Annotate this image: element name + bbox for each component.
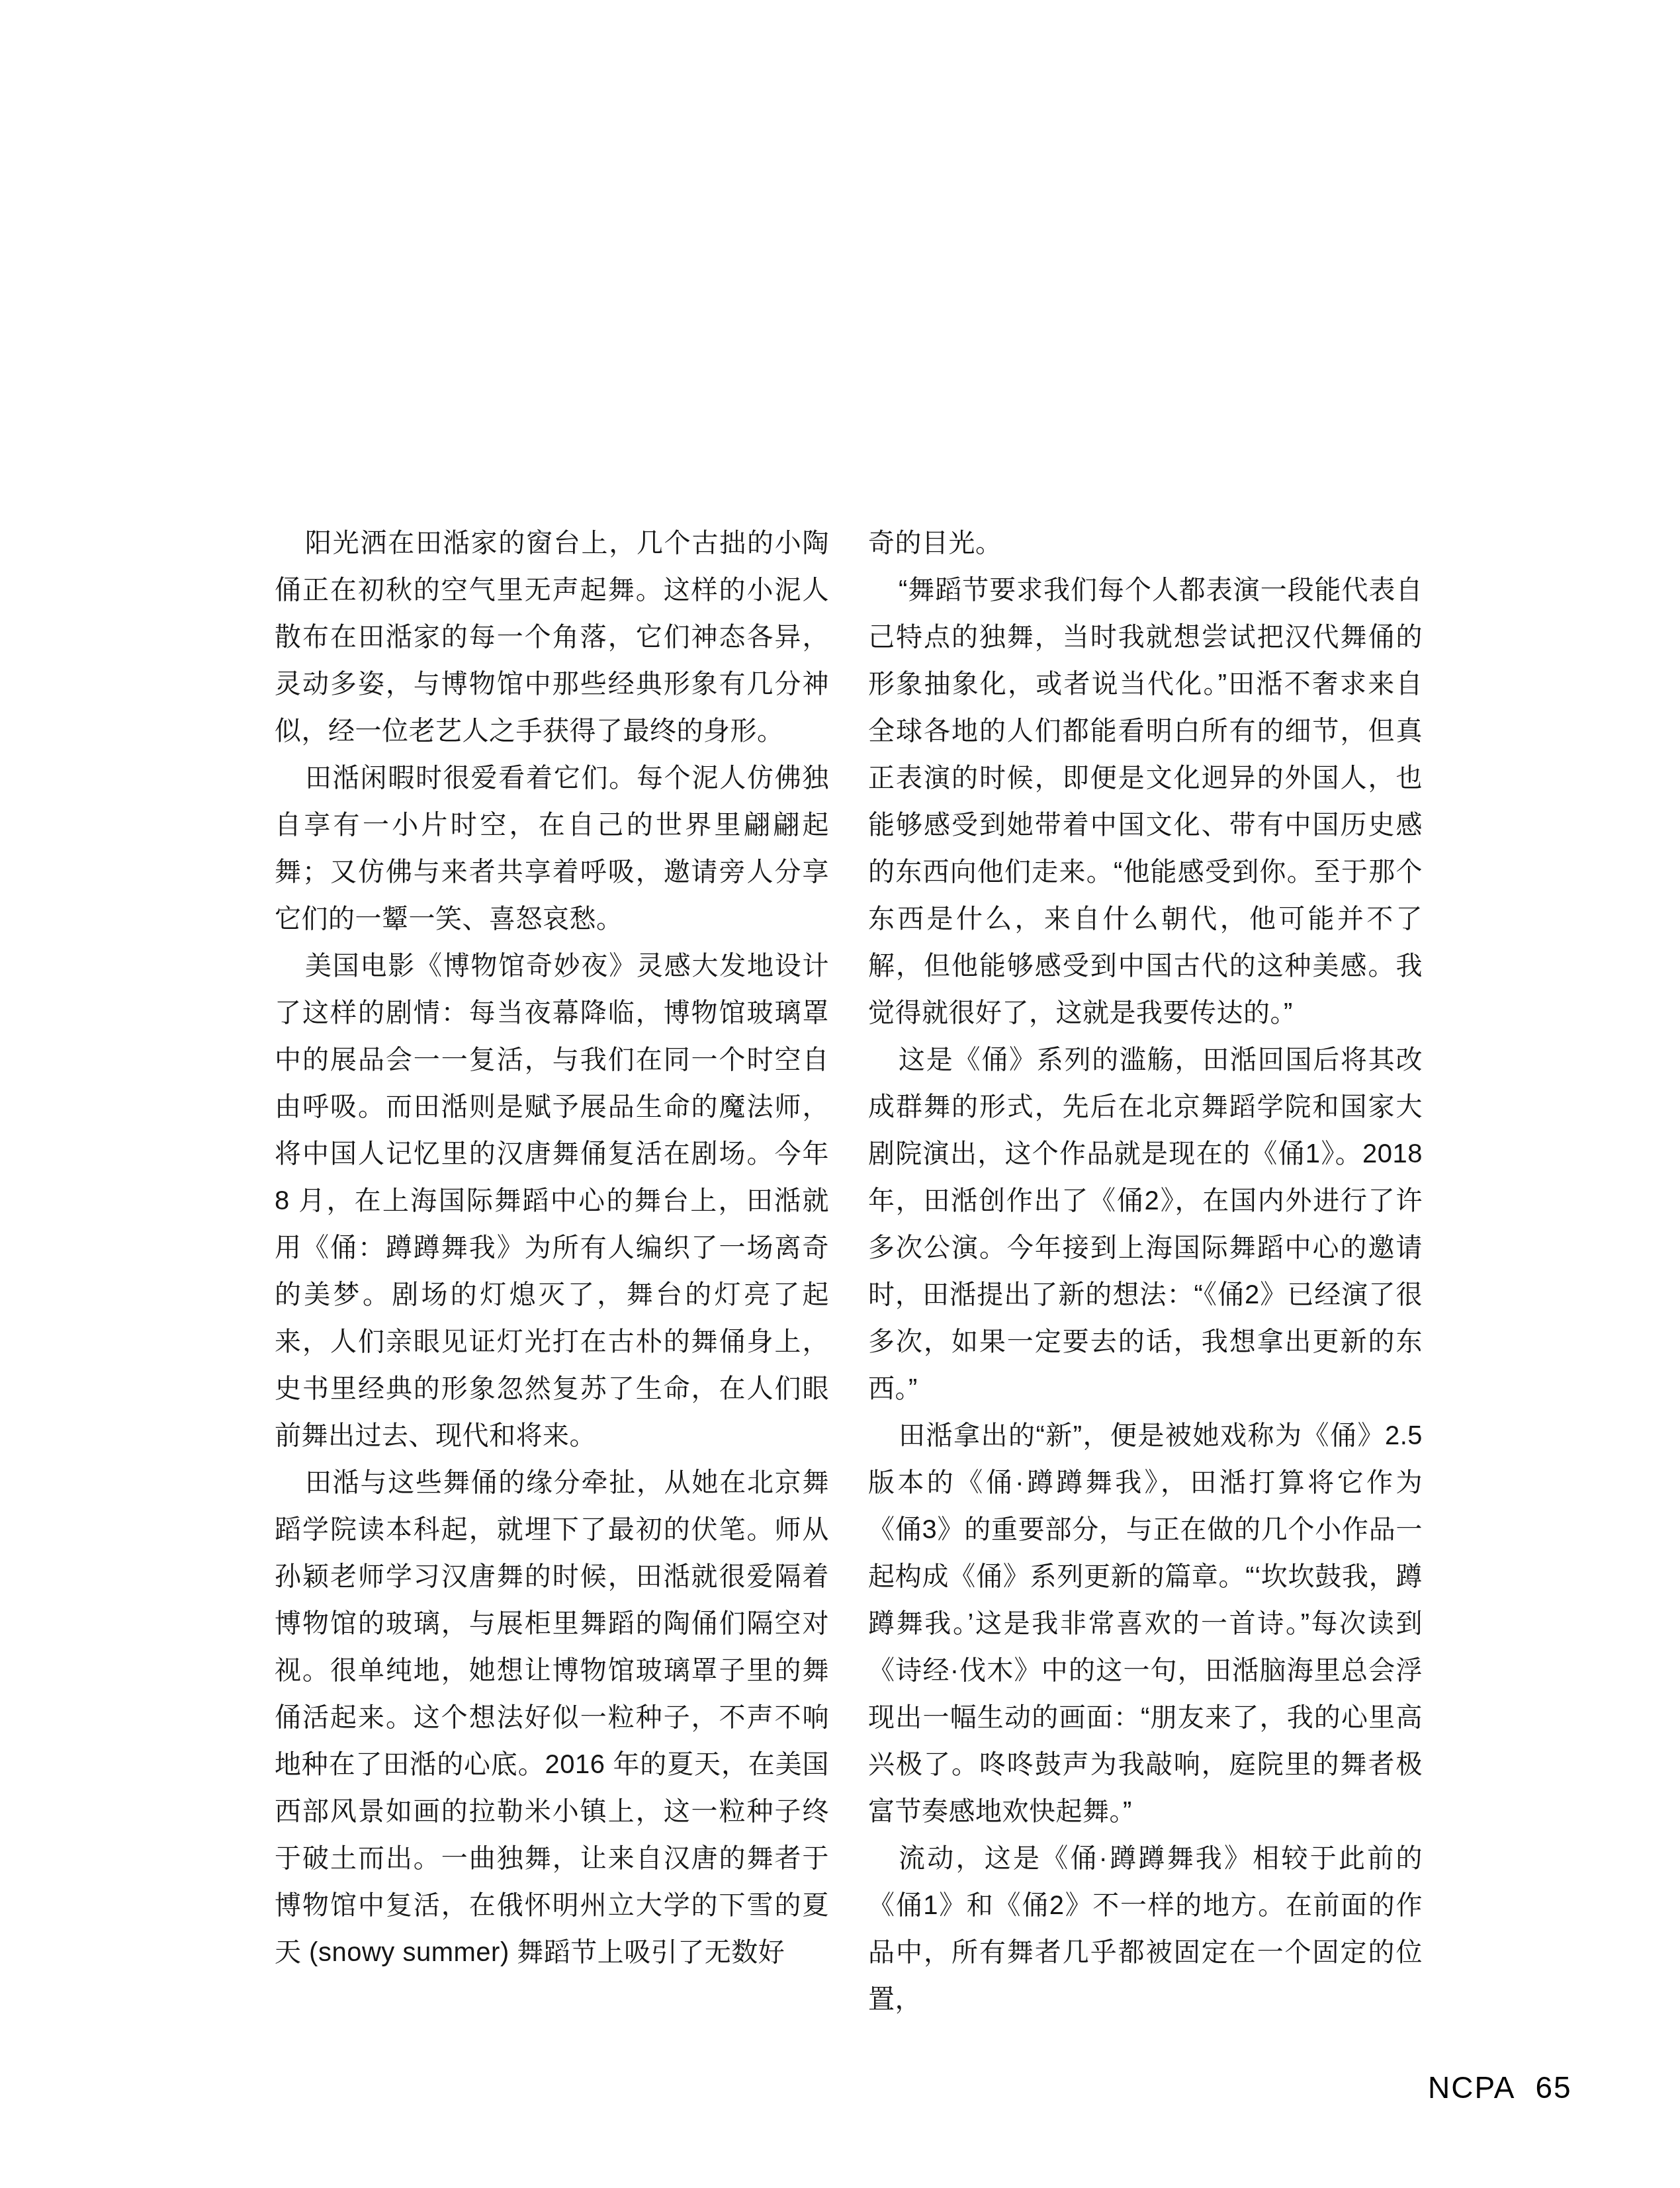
paragraph: 这是《俑》系列的滥觞，田湉回国后将其改成群舞的形式，先后在北京舞蹈学院和国家大剧… [868,1037,1423,1413]
paragraph: 阳光洒在田湉家的窗台上，几个古拙的小陶俑正在初秋的空气里无声起舞。这样的小泥人散… [275,520,829,755]
journal-name: NCPA [1428,2070,1515,2105]
paragraph: 流动，这是《俑·蹲蹲舞我》相较于此前的《俑1》和《俑2》不一样的地方。在前面的作… [868,1835,1423,2023]
paragraph: 田湉与这些舞俑的缘分牵扯，从她在北京舞蹈学院读本科起，就埋下了最初的伏笔。师从孙… [275,1460,829,1976]
paragraph: “舞蹈节要求我们每个人都表演一段能代表自己特点的独舞，当时我就想尝试把汉代舞俑的… [868,567,1423,1037]
paragraph: 奇的目光。 [868,520,1423,567]
article-column-right: 奇的目光。“舞蹈节要求我们每个人都表演一段能代表自己特点的独舞，当时我就想尝试把… [868,520,1423,2023]
magazine-page: 阳光洒在田湉家的窗台上，几个古拙的小陶俑正在初秋的空气里无声起舞。这样的小泥人散… [0,0,1680,2188]
article-column-left: 阳光洒在田湉家的窗台上，几个古拙的小陶俑正在初秋的空气里无声起舞。这样的小泥人散… [275,520,829,1976]
page-footer: NCPA65 [1428,2072,1572,2103]
page-number: 65 [1535,2070,1571,2105]
paragraph: 田湉闲暇时很爱看着它们。每个泥人仿佛独自享有一小片时空，在自己的世界里翩翩起舞；… [275,755,829,943]
paragraph: 田湉拿出的“新”，便是被她戏称为《俑》2.5 版本的《俑·蹲蹲舞我》，田湉打算将… [868,1413,1423,1835]
paragraph: 美国电影《博物馆奇妙夜》灵感大发地设计了这样的剧情：每当夜幕降临，博物馆玻璃罩中… [275,943,829,1460]
